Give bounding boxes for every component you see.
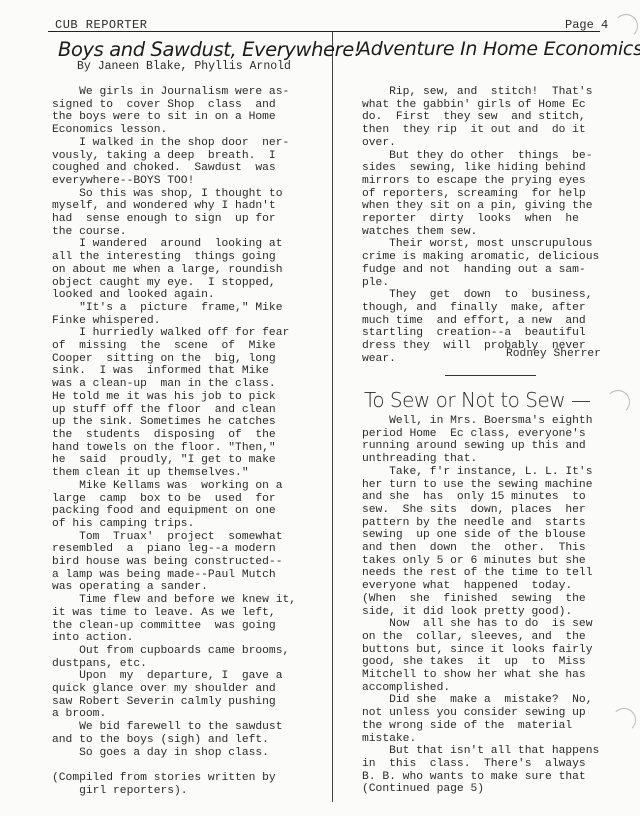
article-byline: By Janeen Blake, Phyllis Arnold: [77, 60, 291, 73]
punch-hole-mark: [606, 390, 630, 414]
page-number: Page 4: [565, 18, 608, 32]
article-title-adventure-home-ec: Adventure In Home Economics: [358, 38, 640, 60]
punch-hole-mark: [612, 708, 636, 732]
article-body-to-sew: Well, in Mrs. Boersma's eighth period Ho…: [362, 415, 599, 796]
article-body-adventure-home-ec: Rip, sew, and stitch! That's what the ga…: [362, 86, 632, 365]
punch-hole-mark: [614, 14, 638, 38]
article-title-to-sew: To Sew or Not to Sew —: [364, 388, 591, 412]
article-body-boys-and-sawdust: We girls in Journalism were as- signed t…: [52, 86, 317, 797]
article-title-boys-and-sawdust: Boys and Sawdust, Everywhere!: [58, 38, 361, 61]
section-divider: [445, 375, 536, 376]
header-rule: [48, 31, 600, 32]
publication-name: CUB REPORTER: [55, 18, 147, 32]
column-divider: [332, 32, 333, 802]
article-author: Rodney Sherrer: [506, 348, 601, 360]
